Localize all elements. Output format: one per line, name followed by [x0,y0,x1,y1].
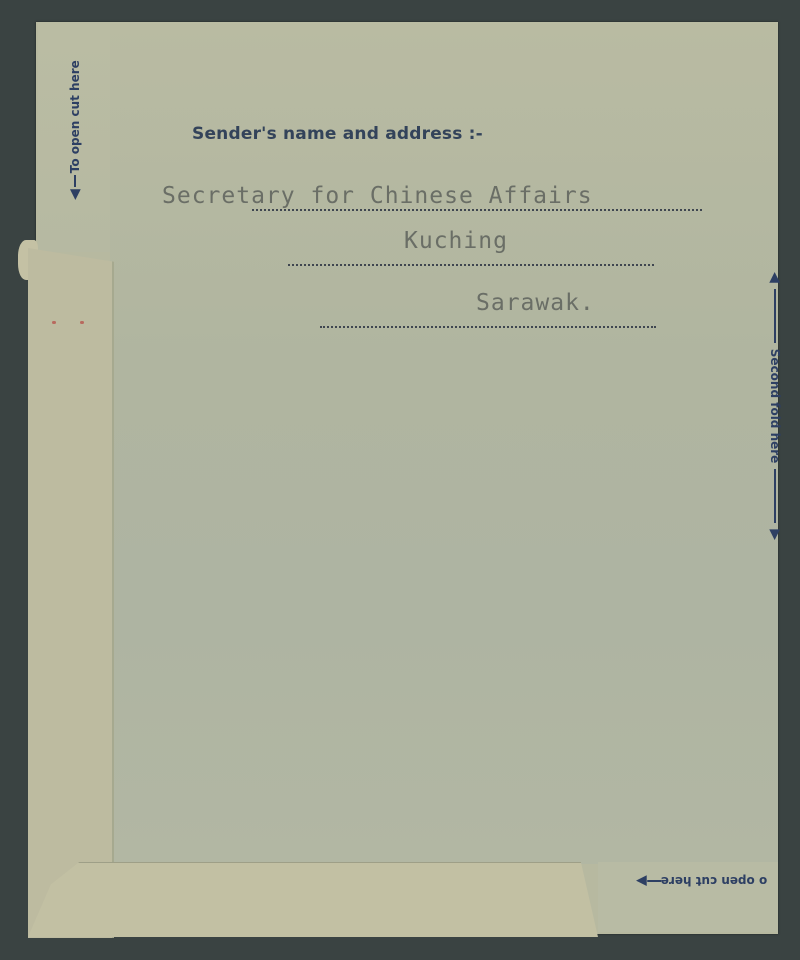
arrow-shaft [774,469,776,523]
arrow-shaft [74,175,76,187]
red-stain [52,321,56,324]
cut-instruction-bottom: o open cut here ▶ [636,874,767,888]
address-dotted-line [252,209,702,211]
cut-instruction-left: ◀ To open cut here [68,60,82,200]
arrow-shaft [647,880,661,882]
arrow-up-icon: ◀ [769,272,781,283]
address-dotted-line [288,264,654,266]
red-stain [80,321,84,324]
sender-line-country: Sarawak. [476,290,595,316]
fold-instruction-right: ◀ Second fold here ▶ [768,272,782,540]
left-flap [28,248,114,938]
cut-instruction-bottom-text: o open cut here [661,874,767,888]
sender-heading: Sender's name and address :- [192,124,483,144]
sender-line-city: Kuching [404,228,508,254]
arrow-shaft [774,289,776,343]
arrow-left-icon: ◀ [69,189,81,200]
cut-instruction-left-text: To open cut here [68,60,82,173]
sender-line-name: Secretary for Chinese Affairs [162,183,593,209]
arrow-down-icon: ▶ [769,529,781,540]
fold-instruction-text: Second fold here [768,349,782,464]
arrow-left-icon: ▶ [636,875,647,887]
main-panel [110,24,778,864]
address-dotted-line [320,326,656,328]
bottom-flap [28,862,598,937]
bottom-right-strip [598,862,778,932]
